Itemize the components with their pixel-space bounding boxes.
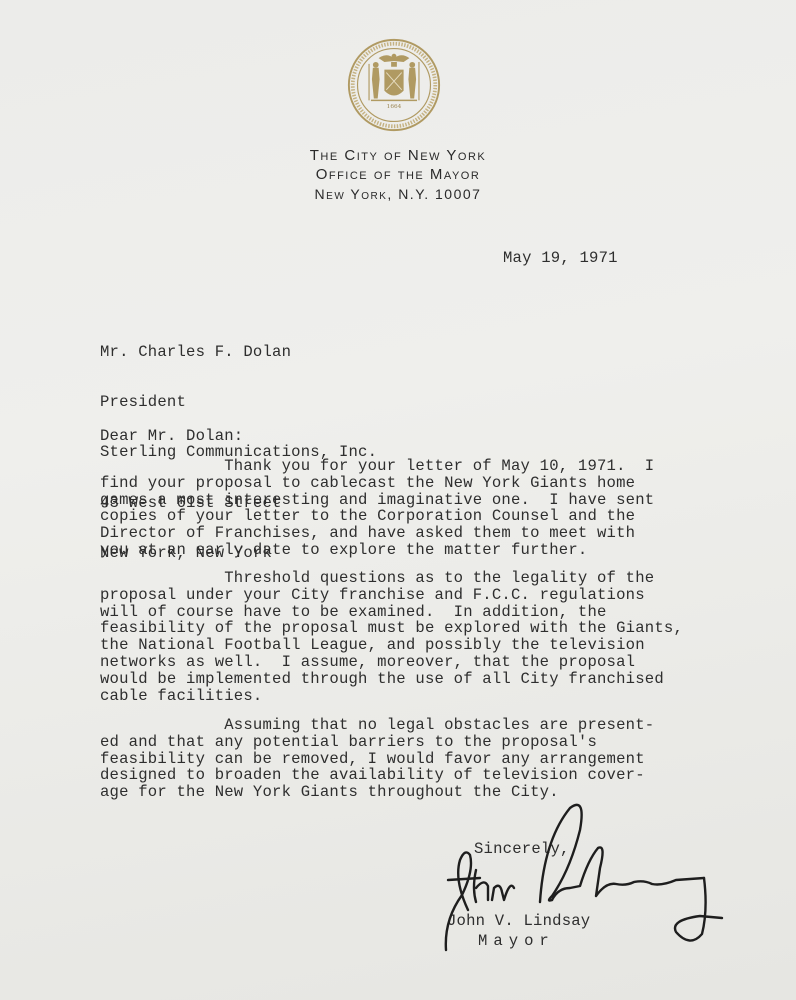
handwritten-signature-icon [440, 800, 740, 970]
letterhead-city: The City of New York [0, 147, 796, 165]
svg-text:1664: 1664 [387, 104, 402, 110]
body-paragraph: Thank you for your letter of May 10, 197… [100, 458, 654, 559]
recipient-title: President [100, 394, 377, 411]
letter-date: May 19, 1971 [503, 250, 618, 267]
body-paragraph: Threshold questions as to the legality o… [100, 570, 683, 704]
letterhead-address: New York, N.Y. 10007 [0, 185, 796, 203]
body-paragraph: Assuming that no legal obstacles are pre… [100, 717, 654, 801]
recipient-name: Mr. Charles F. Dolan [100, 344, 377, 361]
letter-page: 1664 The City of New York Office of the … [0, 0, 796, 1000]
nyc-seal-icon: 1664 [346, 37, 442, 133]
letterhead-office: Office of the Mayor [0, 166, 796, 184]
salutation: Dear Mr. Dolan: [100, 428, 243, 445]
